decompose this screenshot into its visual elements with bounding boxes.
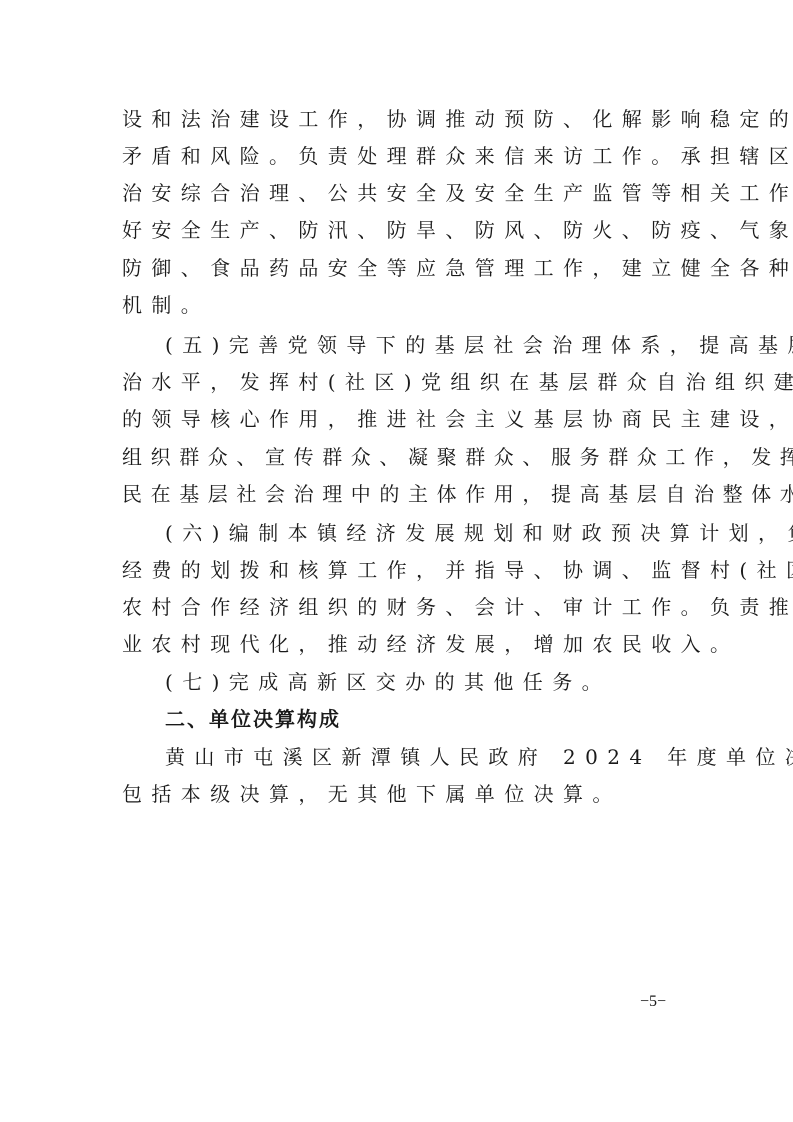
list-item-6-line: 业农村现代化，推动经济发展，增加农民收入。 xyxy=(122,632,682,656)
body-text-line: 设和法治建设工作，协调推动预防、化解影响稳定的社会 xyxy=(122,107,682,131)
body-text-line: 矛盾和风险。负责处理群众来信来访工作。承担辖区社会 xyxy=(122,144,682,168)
body-text-line: 治安综合治理、公共安全及安全生产监管等相关工作，做 xyxy=(122,181,682,205)
section-2-body-line: 包括本级决算，无其他下属单位决算。 xyxy=(122,782,682,806)
body-text-line: 机制。 xyxy=(122,293,682,317)
list-item-5-line: 治水平，发挥村(社区)党组织在基层群众自治组织建设中 xyxy=(122,370,682,394)
list-item-6-line: 农村合作经济组织的财务、会计、审计工作。负责推进农 xyxy=(122,595,682,619)
list-item-5-line: 组织群众、宣传群众、凝聚群众、服务群众工作，发挥村(居) xyxy=(122,445,682,469)
list-item-5-line: 的领导核心作用，推进社会主义基层协商民主建设，做好 xyxy=(122,407,682,431)
list-item-5-line: (五)完善党领导下的基层社会治理体系，提高基层自 xyxy=(165,333,725,357)
section-heading: 二、单位决算构成 xyxy=(165,707,725,731)
body-text-line: 好安全生产、防汛、防旱、防风、防火、防疫、气象灾害 xyxy=(122,218,682,242)
section-2-body-line: 黄山市屯溪区新潭镇人民政府 2024 年度单位决算仅 xyxy=(165,745,725,769)
document-page: 设和法治建设工作，协调推动预防、化解影响稳定的社会 矛盾和风险。负责处理群众来信… xyxy=(0,0,793,1122)
page-number: −5− xyxy=(640,992,666,1012)
list-item-7-line: (七)完成高新区交办的其他任务。 xyxy=(165,670,725,694)
list-item-6-line: 经费的划拨和核算工作，并指导、协调、监督村(社区)和 xyxy=(122,558,682,582)
list-item-5-line: 民在基层社会治理中的主体作用，提高基层自治整体水平。 xyxy=(122,482,682,506)
body-text-line: 防御、食品药品安全等应急管理工作，建立健全各种应急 xyxy=(122,256,682,280)
list-item-6-line: (六)编制本镇经济发展规划和财政预决算计划，负责 xyxy=(165,521,725,545)
